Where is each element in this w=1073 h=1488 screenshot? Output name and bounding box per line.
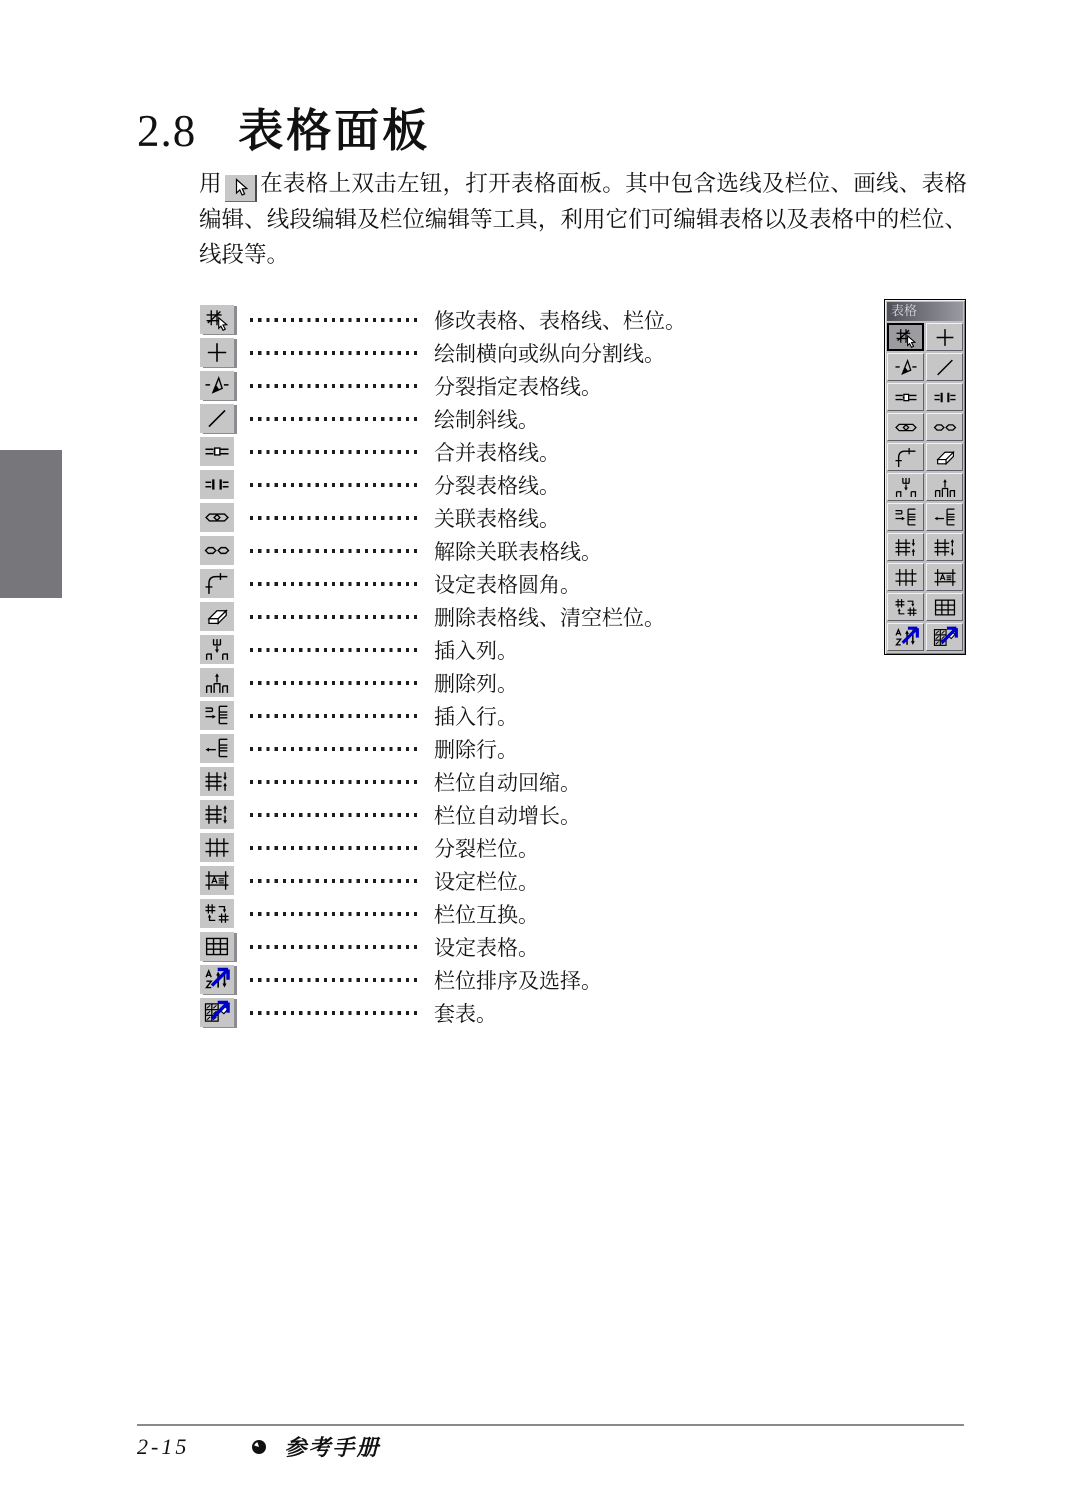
dotted-leader: [250, 912, 420, 916]
legend-label: 栏位自动回缩。: [434, 767, 581, 797]
round-corner-button[interactable]: [200, 569, 234, 598]
legend-label: 绘制斜线。: [434, 404, 539, 434]
link-lines-button[interactable]: [200, 503, 234, 532]
dotted-leader: [250, 549, 420, 553]
legend-label: 栏位自动增长。: [434, 800, 581, 830]
delete-row-icon: [204, 737, 230, 760]
legend-label: 删除行。: [434, 734, 518, 764]
split-field-icon: [894, 567, 918, 588]
modify-table-button[interactable]: [887, 323, 924, 351]
field-auto-grow-icon: [933, 537, 957, 558]
split-pen-icon: [894, 357, 918, 378]
set-table-icon: [204, 935, 230, 958]
eraser-icon: [933, 447, 957, 468]
merge-lines-icon: [894, 387, 918, 408]
legend-row: 设定表格圆角。: [200, 567, 686, 600]
nested-table-button[interactable]: [926, 623, 963, 651]
split-pen-icon: [204, 374, 230, 397]
flyout-arrow-icon: [937, 625, 961, 646]
set-field-icon: [204, 869, 230, 892]
insert-row-button[interactable]: [887, 503, 924, 531]
table-panel-grid: [885, 321, 965, 654]
insert-row-icon: [894, 507, 918, 528]
legend-row: 绘制横向或纵向分割线。: [200, 336, 686, 369]
insert-column-button[interactable]: [200, 635, 234, 664]
dotted-leader: [250, 582, 420, 586]
legend-row: 关联表格线。: [200, 501, 686, 534]
cross-line-icon: [204, 341, 230, 364]
unlink-lines-icon: [933, 417, 957, 438]
set-table-button[interactable]: [926, 593, 963, 621]
legend-label: 分裂栏位。: [434, 833, 539, 863]
legend-row: 套表。: [200, 996, 686, 1029]
swap-fields-button[interactable]: [887, 593, 924, 621]
dotted-leader: [250, 384, 420, 388]
dotted-leader: [250, 483, 420, 487]
legend-label: 绘制横向或纵向分割线。: [434, 338, 665, 368]
eraser-icon: [204, 605, 230, 628]
dotted-leader: [250, 450, 420, 454]
field-auto-grow-button[interactable]: [926, 533, 963, 561]
legend-row: 插入列。: [200, 633, 686, 666]
split-lines-icon: [204, 473, 230, 496]
dotted-leader: [250, 615, 420, 619]
legend-label: 设定表格。: [434, 932, 539, 962]
delete-column-icon: [204, 671, 230, 694]
set-field-icon: [933, 567, 957, 588]
legend-label: 合并表格线。: [434, 437, 560, 467]
flyout-arrow-icon: [207, 999, 233, 1022]
cross-line-button[interactable]: [200, 338, 234, 367]
dotted-leader: [250, 945, 420, 949]
delete-column-button[interactable]: [200, 668, 234, 697]
set-field-button[interactable]: [926, 563, 963, 591]
field-auto-shrink-button[interactable]: [200, 767, 234, 796]
split-field-icon: [204, 836, 230, 859]
flyout-arrow-icon: [207, 966, 233, 989]
merge-lines-button[interactable]: [200, 437, 234, 466]
legend-label: 修改表格、表格线、栏位。: [434, 305, 686, 335]
legend-label: 分裂指定表格线。: [434, 371, 602, 401]
legend-label: 关联表格线。: [434, 503, 560, 533]
split-lines-button[interactable]: [200, 470, 234, 499]
table-panel-title: 表格: [891, 304, 917, 319]
footer-manual-label: 参考手册: [284, 1431, 380, 1462]
merge-lines-icon: [204, 440, 230, 463]
legend-row: 删除表格线、清空栏位。: [200, 600, 686, 633]
page-edge-tab: [0, 450, 62, 598]
legend-row: 删除行。: [200, 732, 686, 765]
legend-row: 栏位排序及选择。: [200, 963, 686, 996]
round-corner-icon: [204, 572, 230, 595]
insert-column-icon: [894, 477, 918, 498]
cross-line-icon: [933, 327, 957, 348]
intro-text-before: 用: [199, 171, 222, 196]
legend-label: 栏位排序及选择。: [434, 965, 602, 995]
section-heading: 2.8 表格面板: [137, 94, 430, 159]
legend-list: 修改表格、表格线、栏位。绘制横向或纵向分割线。分裂指定表格线。绘制斜线。合并表格…: [200, 303, 686, 1029]
legend-label: 插入行。: [434, 701, 518, 731]
delete-column-icon: [933, 477, 957, 498]
legend-label: 解除关联表格线。: [434, 536, 602, 566]
field-auto-shrink-icon: [894, 537, 918, 558]
footer-rule: [137, 1424, 964, 1426]
legend-row: 合并表格线。: [200, 435, 686, 468]
dotted-leader: [250, 351, 420, 355]
delete-column-button[interactable]: [926, 473, 963, 501]
eraser-button[interactable]: [926, 443, 963, 471]
dotted-leader: [250, 516, 420, 520]
set-table-icon: [933, 597, 957, 618]
unlink-lines-button[interactable]: [926, 413, 963, 441]
dotted-leader: [250, 846, 420, 850]
legend-row: 解除关联表格线。: [200, 534, 686, 567]
modify-table-button[interactable]: [200, 305, 234, 334]
table-panel-titlebar[interactable]: 表格: [887, 302, 963, 321]
swap-fields-icon: [894, 597, 918, 618]
dotted-leader: [250, 1011, 420, 1015]
diagonal-line-icon: [933, 357, 957, 378]
field-auto-shrink-icon: [204, 770, 230, 793]
split-lines-icon: [933, 387, 957, 408]
dotted-leader: [250, 681, 420, 685]
section-title: 表格面板: [238, 94, 430, 159]
legend-row: 修改表格、表格线、栏位。: [200, 303, 686, 336]
dotted-leader: [250, 417, 420, 421]
unlink-lines-icon: [204, 539, 230, 562]
dotted-leader: [250, 813, 420, 817]
split-field-button[interactable]: [200, 833, 234, 862]
unlink-lines-button[interactable]: [200, 536, 234, 565]
split-lines-button[interactable]: [926, 383, 963, 411]
split-pen-button[interactable]: [887, 353, 924, 381]
sort-select-button[interactable]: [200, 965, 234, 994]
dotted-leader: [250, 780, 420, 784]
set-table-button[interactable]: [200, 932, 234, 961]
sphere-bullet-icon: [251, 1439, 267, 1455]
legend-row: 设定表格。: [200, 930, 686, 963]
legend-label: 删除列。: [434, 668, 518, 698]
split-pen-button[interactable]: [200, 371, 234, 400]
insert-row-icon: [204, 704, 230, 727]
link-lines-icon: [204, 506, 230, 529]
legend-label: 栏位互换。: [434, 899, 539, 929]
legend-label: 套表。: [434, 998, 497, 1028]
page-footer: 2-15 参考手册: [137, 1431, 380, 1462]
dotted-leader: [250, 648, 420, 652]
flyout-arrow-icon: [898, 625, 922, 646]
field-auto-shrink-button[interactable]: [887, 533, 924, 561]
legend-row: 插入行。: [200, 699, 686, 732]
dotted-leader: [250, 714, 420, 718]
pointer-tool-button[interactable]: [225, 175, 257, 202]
dotted-leader: [250, 879, 420, 883]
section-number: 2.8: [137, 105, 196, 157]
intro-paragraph: 用在表格上双击左钮，打开表格面板。其中包含选线及栏位、画线、表格编辑、线段编辑及…: [199, 166, 967, 272]
round-corner-button[interactable]: [887, 443, 924, 471]
legend-row: 分裂栏位。: [200, 831, 686, 864]
legend-row: 分裂表格线。: [200, 468, 686, 501]
legend-row: 栏位自动回缩。: [200, 765, 686, 798]
legend-label: 设定栏位。: [434, 866, 539, 896]
link-lines-button[interactable]: [887, 413, 924, 441]
delete-row-button[interactable]: [926, 503, 963, 531]
eraser-button[interactable]: [200, 602, 234, 631]
field-auto-grow-button[interactable]: [200, 800, 234, 829]
insert-row-button[interactable]: [200, 701, 234, 730]
link-lines-icon: [894, 417, 918, 438]
legend-label: 插入列。: [434, 635, 518, 665]
field-auto-grow-icon: [204, 803, 230, 826]
table-panel: 表格: [884, 299, 966, 655]
modify-table-icon: [894, 327, 918, 348]
round-corner-icon: [894, 447, 918, 468]
legend-label: 删除表格线、清空栏位。: [434, 602, 665, 632]
legend-row: 分裂指定表格线。: [200, 369, 686, 402]
legend-row: 栏位互换。: [200, 897, 686, 930]
sort-select-button[interactable]: [887, 623, 924, 651]
delete-row-button[interactable]: [200, 734, 234, 763]
diagonal-line-icon: [204, 407, 230, 430]
dotted-leader: [250, 747, 420, 751]
legend-row: 栏位自动增长。: [200, 798, 686, 831]
swap-fields-button[interactable]: [200, 899, 234, 928]
insert-column-button[interactable]: [887, 473, 924, 501]
merge-lines-button[interactable]: [887, 383, 924, 411]
delete-row-icon: [933, 507, 957, 528]
legend-row: 绘制斜线。: [200, 402, 686, 435]
dotted-leader: [250, 978, 420, 982]
intro-text-after: 在表格上双击左钮，打开表格面板。其中包含选线及栏位、画线、表格编辑、线段编辑及栏…: [199, 171, 967, 267]
footer-page-number: 2-15: [137, 1434, 189, 1460]
swap-fields-icon: [204, 902, 230, 925]
diagonal-line-button[interactable]: [926, 353, 963, 381]
dotted-leader: [250, 318, 420, 322]
insert-column-icon: [204, 638, 230, 661]
legend-label: 分裂表格线。: [434, 470, 560, 500]
nested-table-button[interactable]: [200, 998, 234, 1027]
legend-row: 设定栏位。: [200, 864, 686, 897]
diagonal-line-button[interactable]: [200, 404, 234, 433]
modify-table-icon: [204, 308, 230, 331]
cross-line-button[interactable]: [926, 323, 963, 351]
split-field-button[interactable]: [887, 563, 924, 591]
set-field-button[interactable]: [200, 866, 234, 895]
legend-row: 删除列。: [200, 666, 686, 699]
legend-label: 设定表格圆角。: [434, 569, 581, 599]
